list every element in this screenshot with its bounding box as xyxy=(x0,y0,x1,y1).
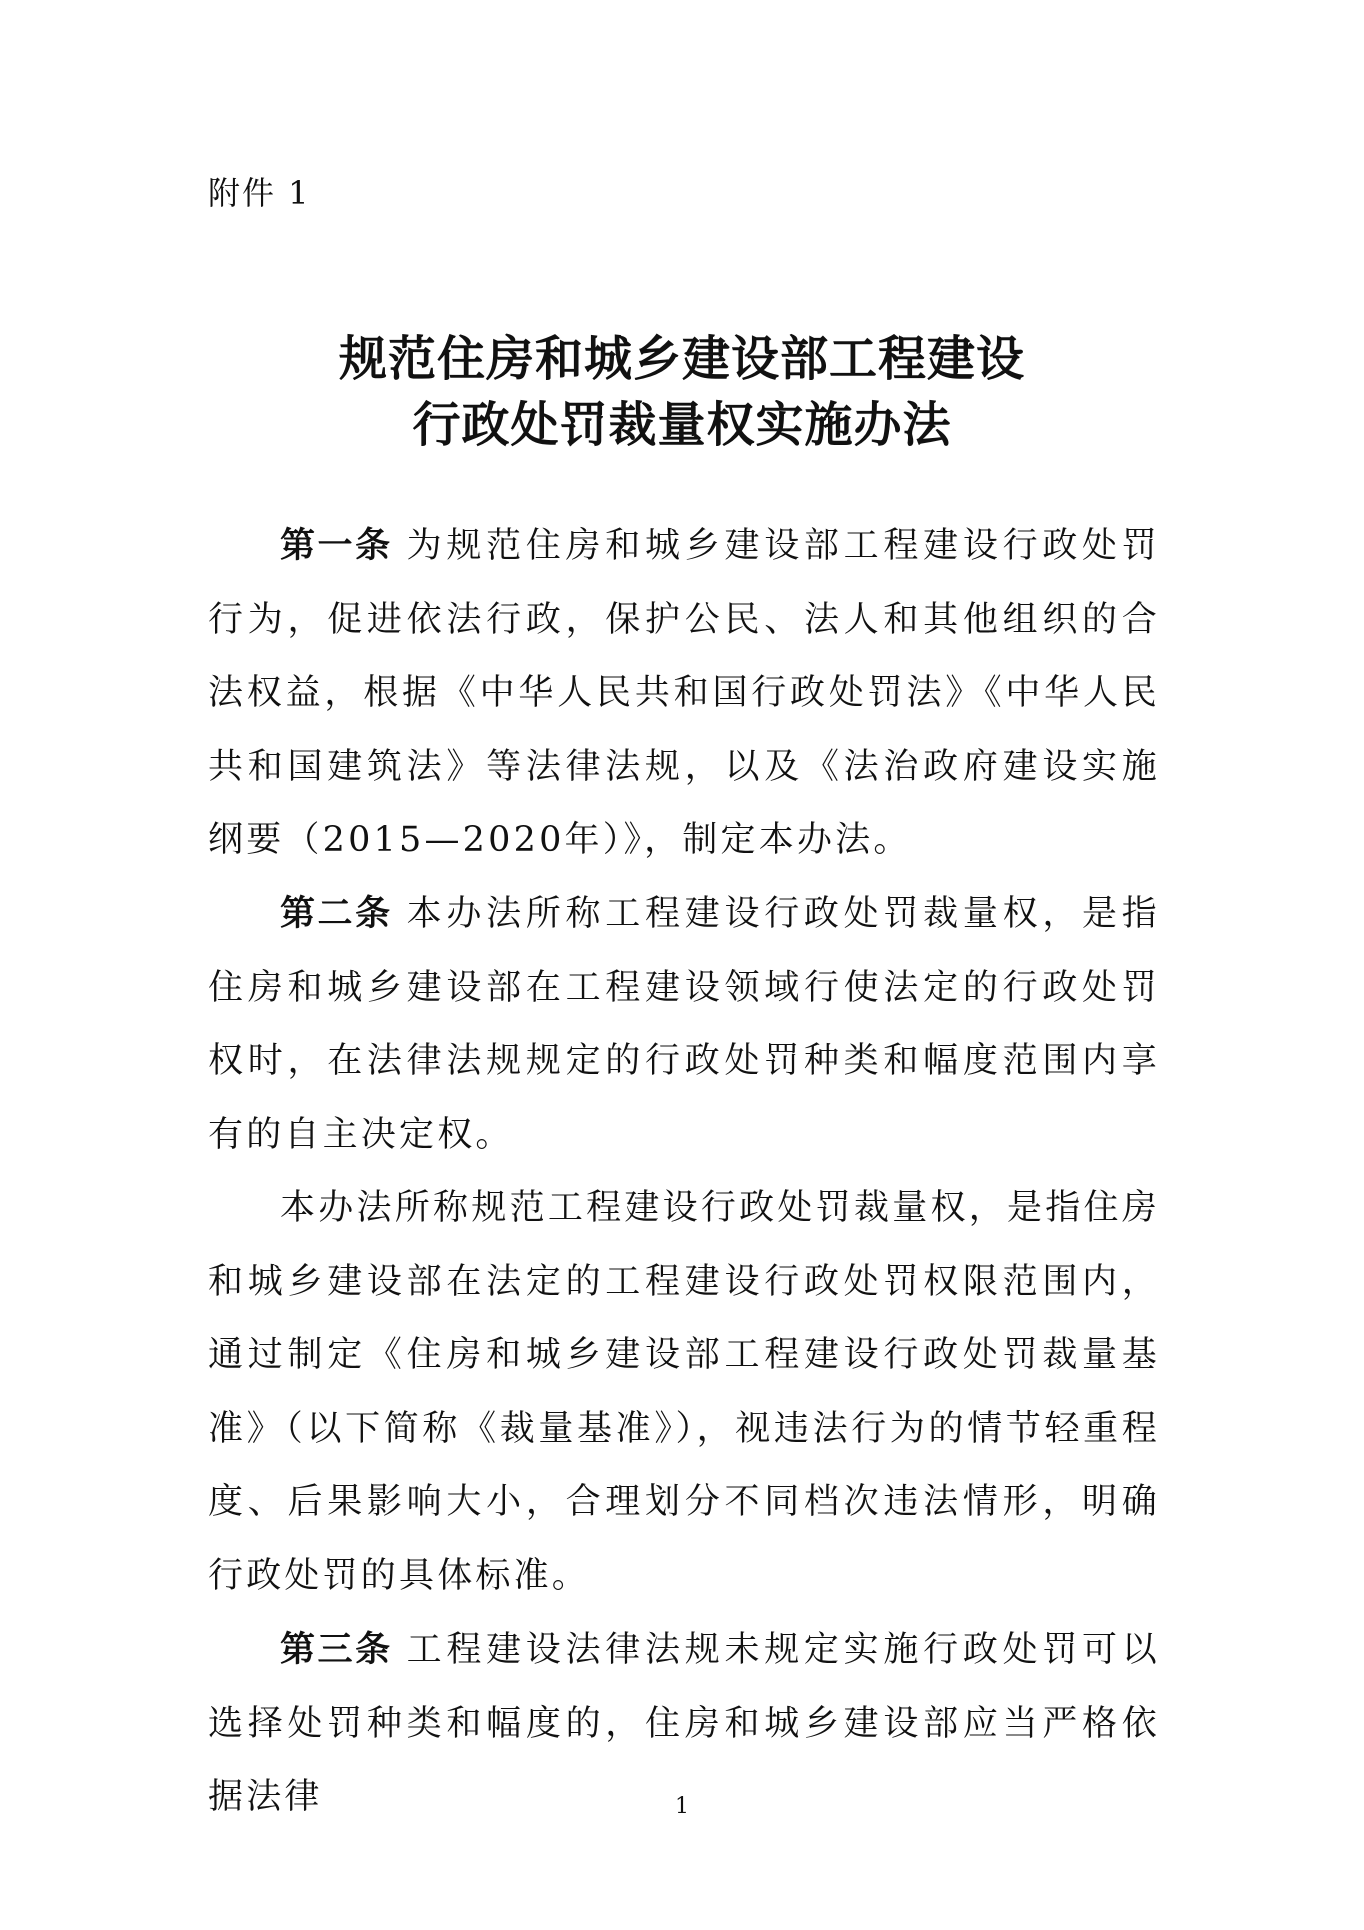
paragraph-text: 本办法所称规范工程建设行政处罚裁量权，是指住房和城乡建设部在法定的工程建设行政处… xyxy=(208,1188,1160,1596)
article-label: 第一条 xyxy=(280,526,393,566)
article-label: 第三条 xyxy=(280,1630,393,1670)
article-2: 第二条本办法所称工程建设行政处罚裁量权，是指住房和城乡建设部在工程建设领域行使法… xyxy=(208,878,1160,1172)
attachment-label: 附件 1 xyxy=(208,168,311,214)
article-text: 为规范住房和城乡建设部工程建设行政处罚行为，促进依法行政，保护公民、法人和其他组… xyxy=(208,526,1160,860)
article-2-paragraph-2: 本办法所称规范工程建设行政处罚裁量权，是指住房和城乡建设部在法定的工程建设行政处… xyxy=(208,1172,1160,1613)
document-title-line-1: 规范住房和城乡建设部工程建设 xyxy=(0,320,1364,389)
document-title-line-2: 行政处罚裁量权实施办法 xyxy=(0,386,1364,455)
page-number: 1 xyxy=(0,1794,1364,1819)
document-page: 附件 1 规范住房和城乡建设部工程建设 行政处罚裁量权实施办法 第一条为规范住房… xyxy=(0,0,1364,1930)
article-1: 第一条为规范住房和城乡建设部工程建设行政处罚行为，促进依法行政，保护公民、法人和… xyxy=(208,510,1160,878)
article-label: 第二条 xyxy=(280,894,393,934)
